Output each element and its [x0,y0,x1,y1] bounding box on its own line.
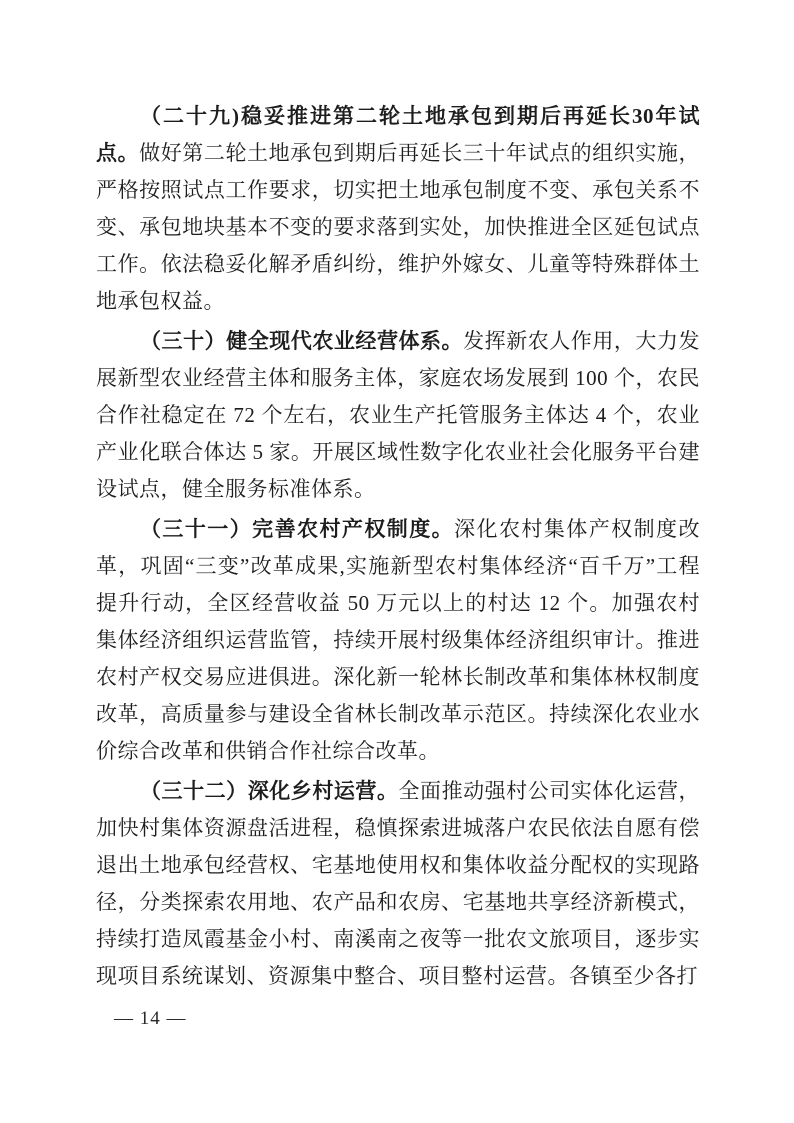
paragraph-30: （三十）健全现代农业经营体系。发挥新农人作用，大力发展新型农业经营主体和服务主体… [96,323,700,508]
document-page: （二十九)稳妥推进第二轮土地承包到期后再延长30年试点。做好第二轮土地承包到期后… [0,0,794,1123]
paragraph-29: （二十九)稳妥推进第二轮土地承包到期后再延长30年试点。做好第二轮土地承包到期后… [96,98,700,320]
paragraph-31-text: 深化农村集体产权制度改革，巩固“三变”改革成果,实施新型农村集体经济“百千万”工… [96,517,700,763]
page-number: — 14 — [114,1008,187,1030]
paragraph-30-heading: （三十）健全现代农业经营体系。 [140,329,463,353]
paragraph-32-text: 全面推动强村公司实体化运营，加快村集体资源盘活进程，稳慎探索进城落户农民依法自愿… [96,779,700,988]
paragraph-31: （三十一）完善农村产权制度。深化农村集体产权制度改革，巩固“三变”改革成果,实施… [96,511,700,770]
paragraph-30-text: 发挥新农人作用，大力发展新型农业经营主体和服务主体，家庭农场发展到 100 个，… [96,329,700,501]
paragraph-29-text: 做好第二轮土地承包到期后再延长三十年试点的组织实施，严格按照试点工作要求，切实把… [96,141,700,313]
paragraph-32-heading: （三十二）深化乡村运营。 [140,779,398,803]
paragraph-31-heading: （三十一）完善农村产权制度。 [140,517,454,541]
paragraph-32: （三十二）深化乡村运营。全面推动强村公司实体化运营，加快村集体资源盘活进程，稳慎… [96,773,700,995]
document-body: （二十九)稳妥推进第二轮土地承包到期后再延长30年试点。做好第二轮土地承包到期后… [96,98,700,995]
